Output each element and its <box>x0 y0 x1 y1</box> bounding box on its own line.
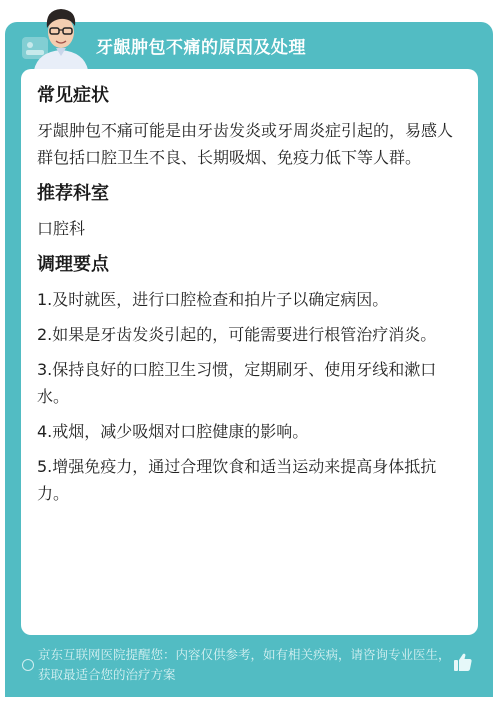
care-tips-list: 1.及时就医，进行口腔检查和拍片子以确定病因。 2.如果是牙齿发炎引起的，可能需… <box>37 286 462 507</box>
section-title-care-tips: 调理要点 <box>37 252 462 278</box>
info-card: 常见症状 牙龈肿包不痛可能是由牙齿发炎或牙周炎症引起的，易感人群包括口腔卫生不良… <box>21 69 478 635</box>
disclaimer: 京东互联网医院提醒您：内容仅供参考，如有相关疾病，请咨询专业医生，获取最适合您的… <box>22 645 462 685</box>
list-item: 5.增强免疫力，通过合理饮食和适当运动来提高身体抵抗力。 <box>37 453 462 507</box>
disclaimer-text: 京东互联网医院提醒您：内容仅供参考，如有相关疾病，请咨询专业医生，获取最适合您的… <box>22 645 462 685</box>
list-item: 2.如果是牙齿发炎引起的，可能需要进行根管治疗消炎。 <box>37 321 462 348</box>
list-item: 1.及时就医，进行口腔检查和拍片子以确定病因。 <box>37 286 462 313</box>
symptoms-text: 牙龈肿包不痛可能是由牙齿发炎或牙周炎症引起的，易感人群包括口腔卫生不良、长期吸烟… <box>37 117 462 171</box>
doctor-avatar <box>30 2 92 70</box>
page-title: 牙龈肿包不痛的原因及处理 <box>96 33 306 58</box>
section-title-department: 推荐科室 <box>37 181 462 207</box>
section-title-symptoms: 常见症状 <box>37 83 462 109</box>
department-text: 口腔科 <box>37 215 462 242</box>
info-icon <box>22 659 34 671</box>
thumbs-up-icon[interactable] <box>453 652 473 672</box>
list-item: 3.保持良好的口腔卫生习惯，定期刷牙、使用牙线和漱口水。 <box>37 356 462 410</box>
list-item: 4.戒烟，减少吸烟对口腔健康的影响。 <box>37 418 462 445</box>
